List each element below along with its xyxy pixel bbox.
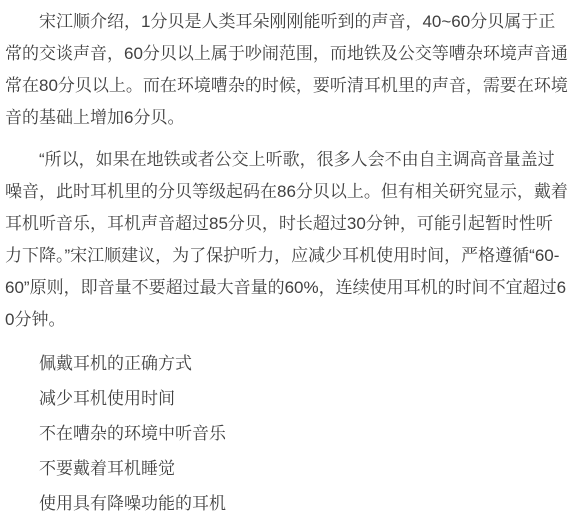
article-paragraph-decibel-intro: 宋江顺介绍，1分贝是人类耳朵刚刚能听到的声音，40~60分贝属于正常的交谈声音，… — [5, 6, 568, 134]
tip-item-use-noise-cancelling: 使用具有降噪功能的耳机 — [5, 486, 568, 521]
tip-item-correct-wearing: 佩戴耳机的正确方式 — [5, 346, 568, 381]
article-page: 宋江顺介绍，1分贝是人类耳朵刚刚能听到的声音，40~60分贝属于正常的交谈声音，… — [0, 0, 574, 521]
tip-item-no-sleeping-with-headphones: 不要戴着耳机睡觉 — [5, 451, 568, 486]
article-paragraph-60-60-rule: “所以，如果在地铁或者公交上听歌，很多人会不由自主调高音量盖过噪音，此时耳机里的… — [5, 144, 568, 336]
tip-item-avoid-noisy-environment: 不在嘈杂的环境中听音乐 — [5, 416, 568, 451]
tip-item-reduce-usage-time: 减少耳机使用时间 — [5, 381, 568, 416]
hearing-protection-tips-list: 佩戴耳机的正确方式 减少耳机使用时间 不在嘈杂的环境中听音乐 不要戴着耳机睡觉 … — [5, 346, 568, 521]
